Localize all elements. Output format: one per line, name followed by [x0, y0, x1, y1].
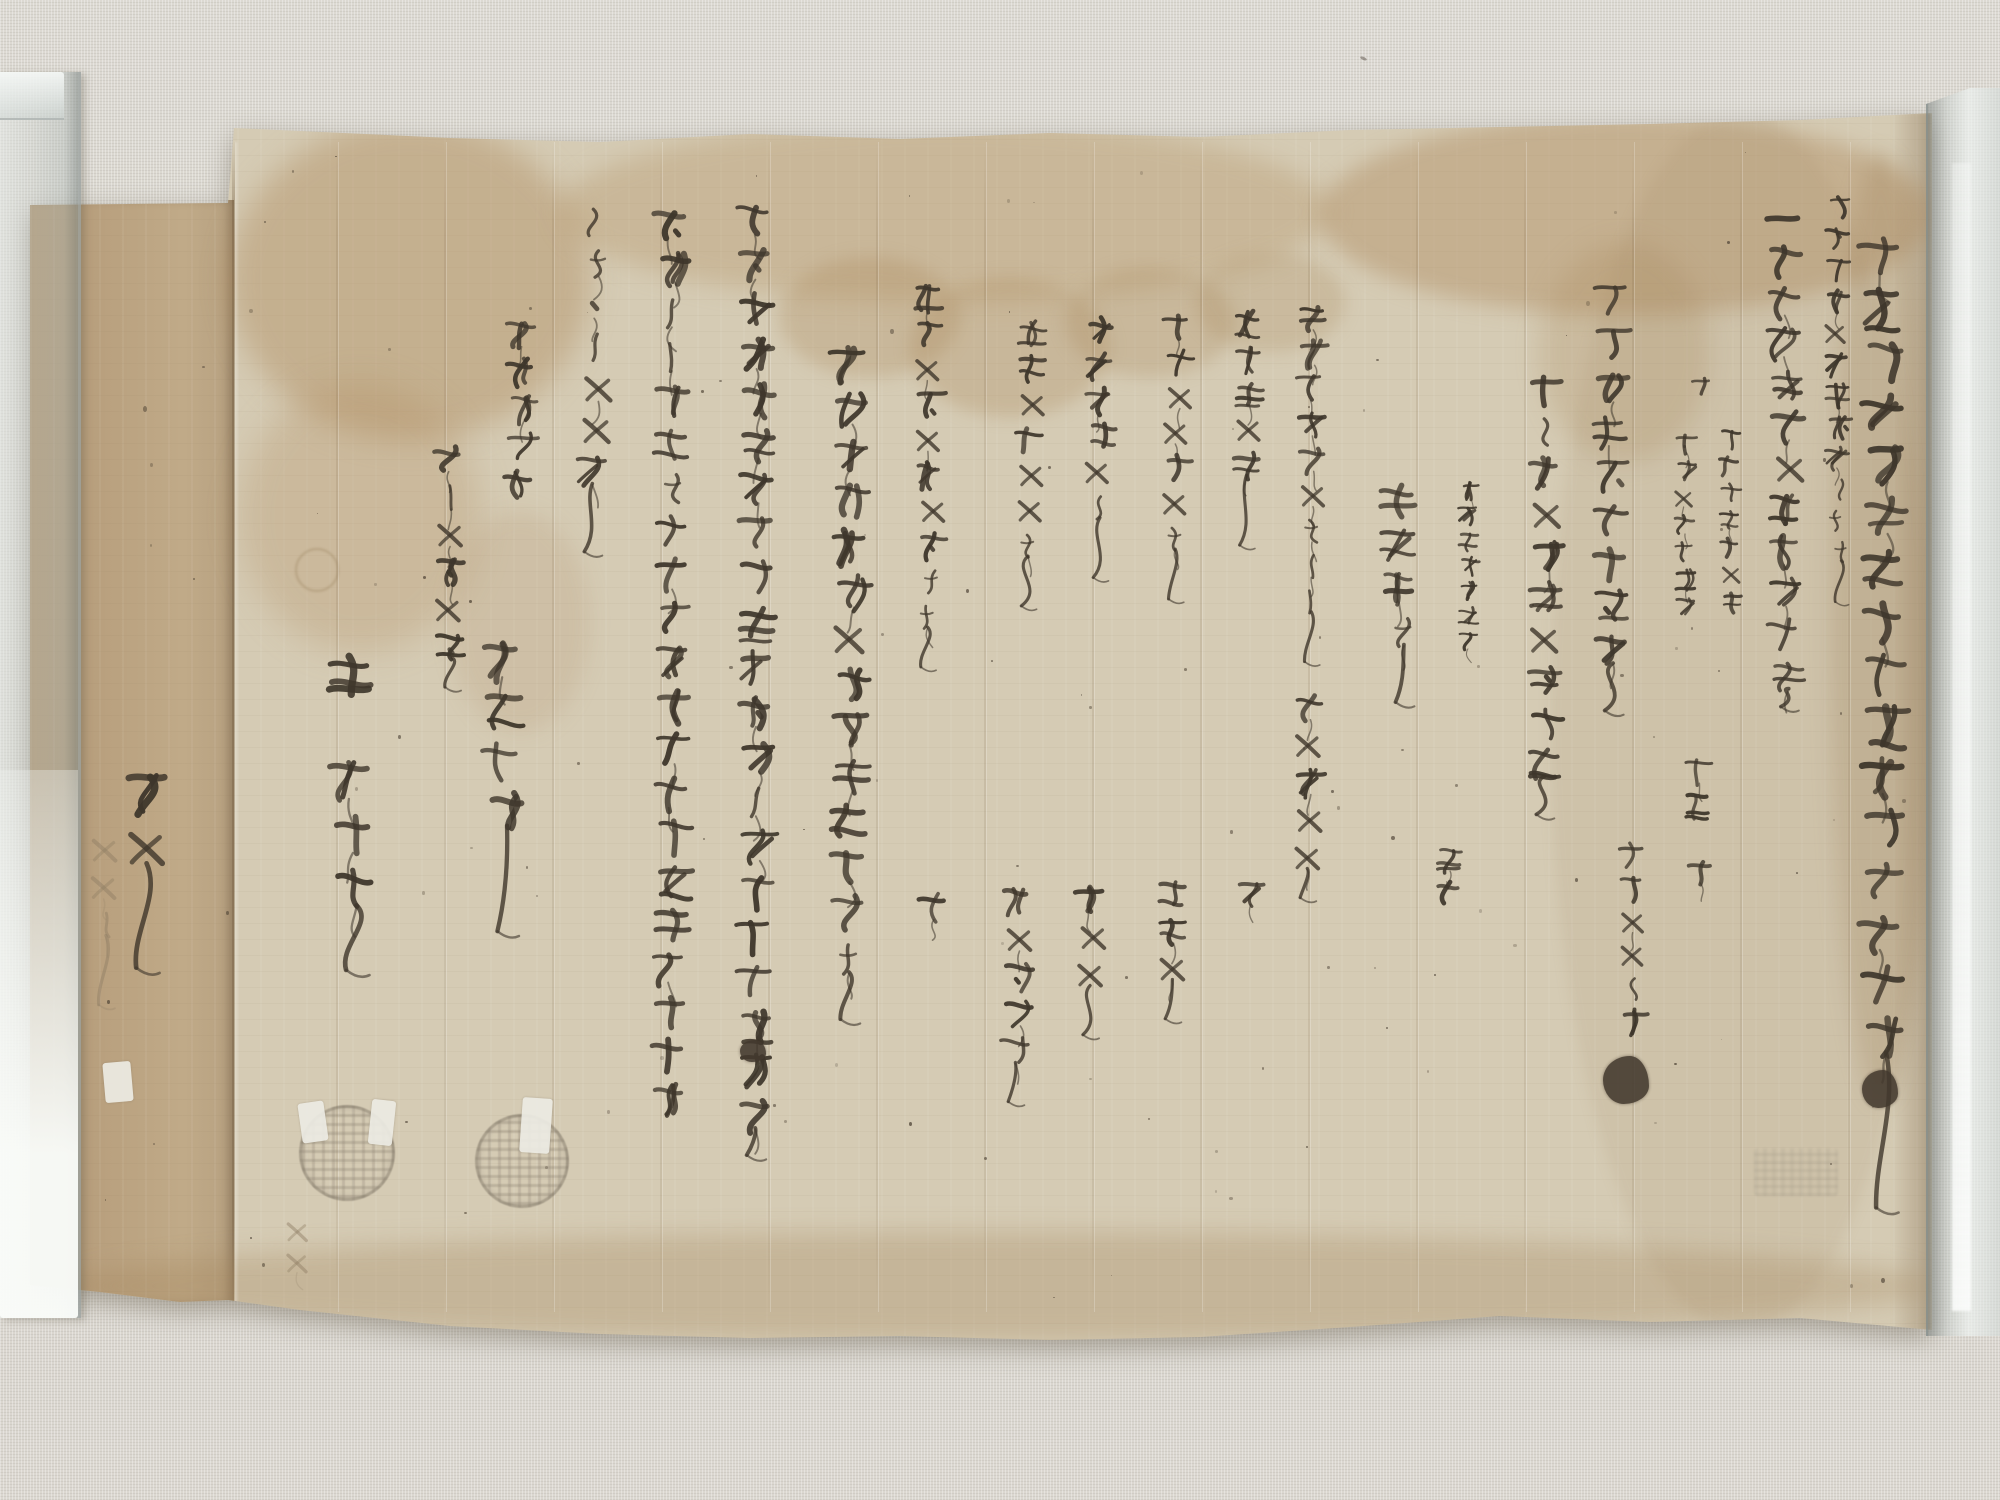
text-column-5 — [1720, 431, 1742, 613]
text-column-9 — [1458, 483, 1479, 663]
text-column-24 — [1686, 760, 1712, 901]
text-column-34 — [129, 775, 165, 974]
text-column-3 — [1767, 218, 1804, 712]
text-column-30 — [504, 323, 538, 497]
text-column-4 — [1692, 379, 1708, 395]
text-column-10 — [1381, 485, 1415, 707]
text-column-21 — [1001, 889, 1033, 1106]
text-column-1 — [1859, 239, 1909, 1214]
acrylic-clamp-right — [1926, 88, 2000, 1336]
text-column-13 — [1163, 316, 1194, 604]
clamp-left-reflection — [0, 770, 78, 1318]
text-column-12 — [1234, 311, 1263, 550]
text-column-29 — [578, 209, 611, 557]
text-column-7 — [1593, 287, 1630, 716]
text-column-19 — [1159, 882, 1185, 1023]
acrylic-clamp-left — [0, 72, 81, 1318]
text-column-18 — [1240, 884, 1264, 923]
text-column-35 — [93, 841, 116, 1010]
text-column-16 — [916, 286, 947, 671]
museum-photo-scene — [0, 0, 2000, 1500]
text-column-11 — [1297, 308, 1328, 667]
text-column-31 — [434, 447, 464, 692]
text-column-8 — [1529, 377, 1563, 819]
text-column-33 — [329, 656, 371, 977]
text-column-26 — [830, 348, 872, 1025]
clamp-right-highlight — [1952, 163, 1971, 1311]
text-column-6 — [1675, 435, 1696, 614]
text-column-14 — [1086, 317, 1116, 582]
text-column-25 — [1620, 843, 1648, 1035]
clamp-left-top-cap — [0, 72, 64, 120]
text-column-28 — [652, 213, 693, 1116]
text-column-22 — [919, 894, 944, 941]
text-column-17 — [1297, 696, 1326, 903]
calligraphy-layer — [0, 0, 2000, 1500]
text-column-15 — [1016, 321, 1046, 610]
text-column-27 — [736, 207, 777, 1161]
text-column-32 — [482, 643, 523, 937]
text-column-23 — [1438, 849, 1462, 903]
text-column-20 — [1075, 887, 1104, 1039]
text-column-36 — [288, 1224, 306, 1290]
text-column-2 — [1826, 197, 1852, 606]
